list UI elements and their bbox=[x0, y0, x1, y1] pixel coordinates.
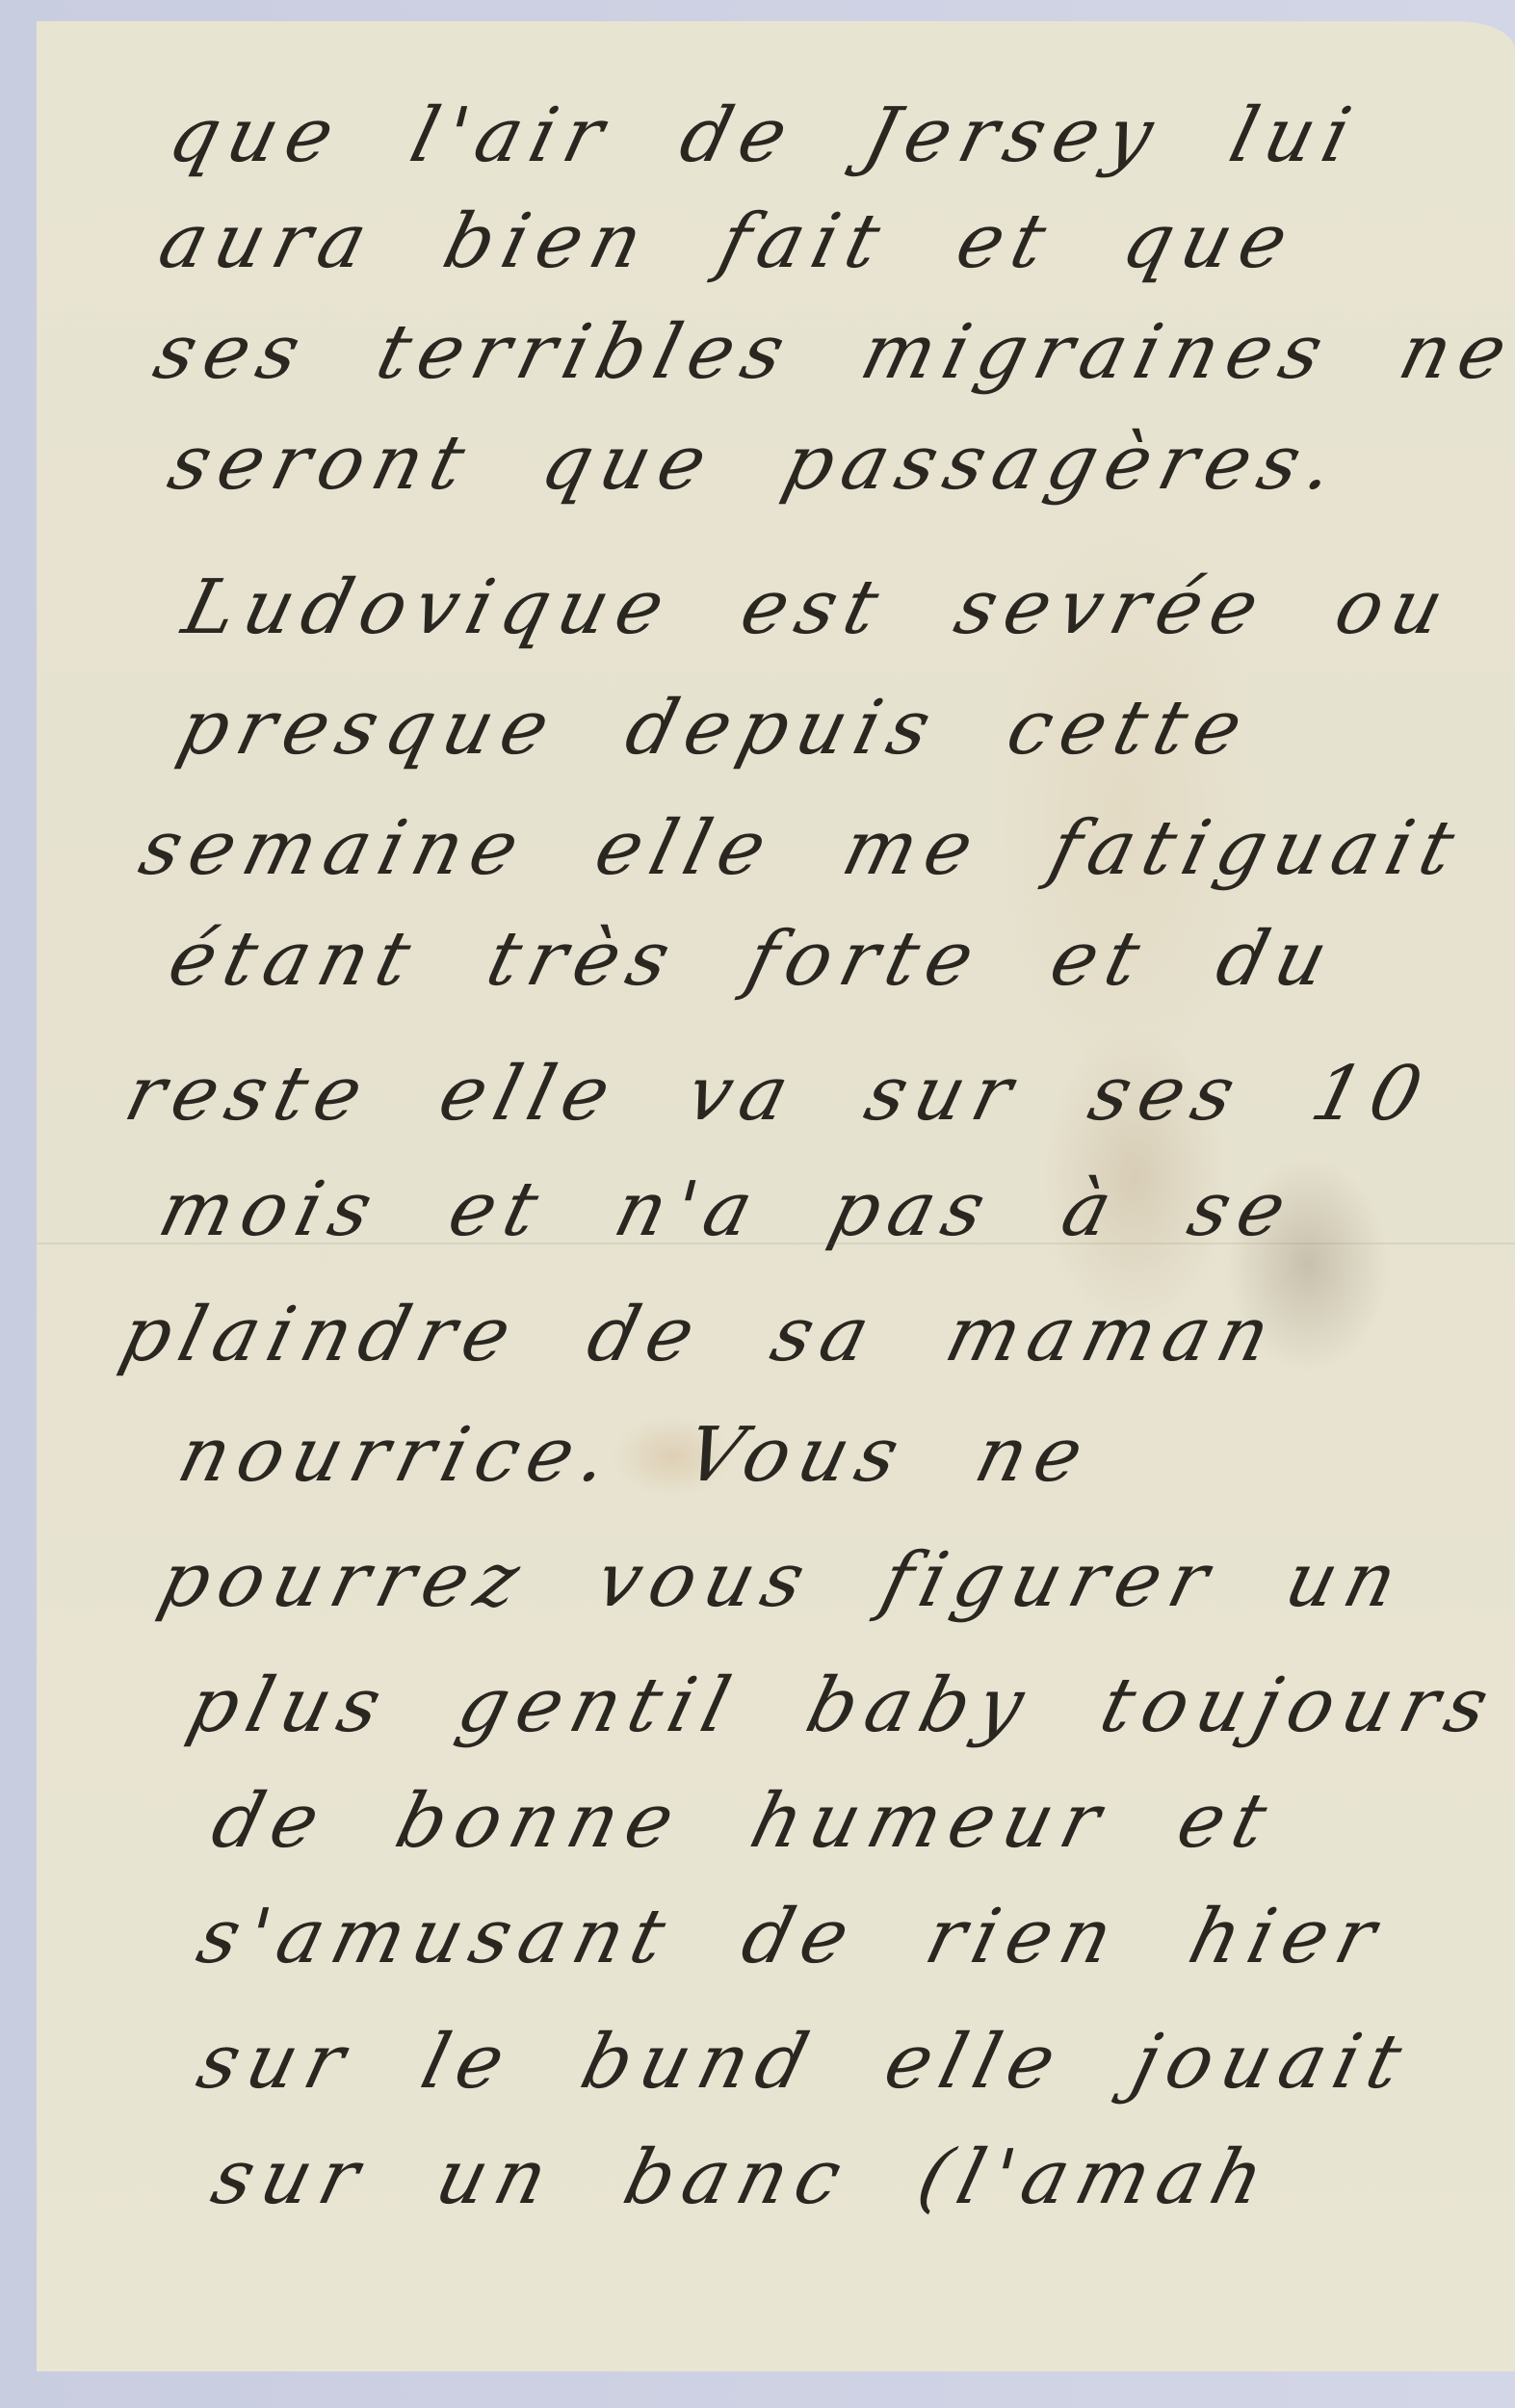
letter-line-8: étant très forte et du bbox=[37, 922, 1515, 997]
letter-line-2: aura bien fait et que bbox=[37, 204, 1515, 279]
letter-line-15: de bonne humeur et bbox=[37, 1784, 1515, 1859]
letter-line-12: nourrice. Vous ne bbox=[37, 1418, 1515, 1493]
letter-line-11: plaindre de sa maman bbox=[37, 1297, 1515, 1373]
letter-line-18: sur un banc (l'amah bbox=[37, 2140, 1515, 2215]
letter-line-10: mois et n'a pas à se bbox=[37, 1172, 1515, 1247]
letter-line-3: ses terribles migraines ne bbox=[37, 315, 1515, 390]
letter-line-17: sur le bund elle jouait bbox=[37, 2025, 1515, 2100]
paper-fold-crease bbox=[37, 1243, 1515, 1244]
letter-line-9: reste elle va sur ses 10 bbox=[37, 1057, 1515, 1132]
letter-line-5: Ludovique est sevrée ou bbox=[37, 570, 1515, 645]
letter-line-16: s'amusant de rien hier bbox=[37, 1899, 1515, 1975]
letter-line-13: pourrez vous figurer un bbox=[37, 1543, 1515, 1618]
letter-line-6: presque depuis cette bbox=[37, 691, 1515, 766]
letter-line-14: plus gentil baby toujours bbox=[37, 1668, 1515, 1743]
letter-line-4: seront que passagères. bbox=[37, 426, 1515, 501]
letter-paper: que l'air de Jersey lui aura bien fait e… bbox=[37, 21, 1515, 2371]
letter-line-1: que l'air de Jersey lui bbox=[37, 98, 1515, 173]
letter-line-7: semaine elle me fatiguait bbox=[37, 811, 1515, 886]
